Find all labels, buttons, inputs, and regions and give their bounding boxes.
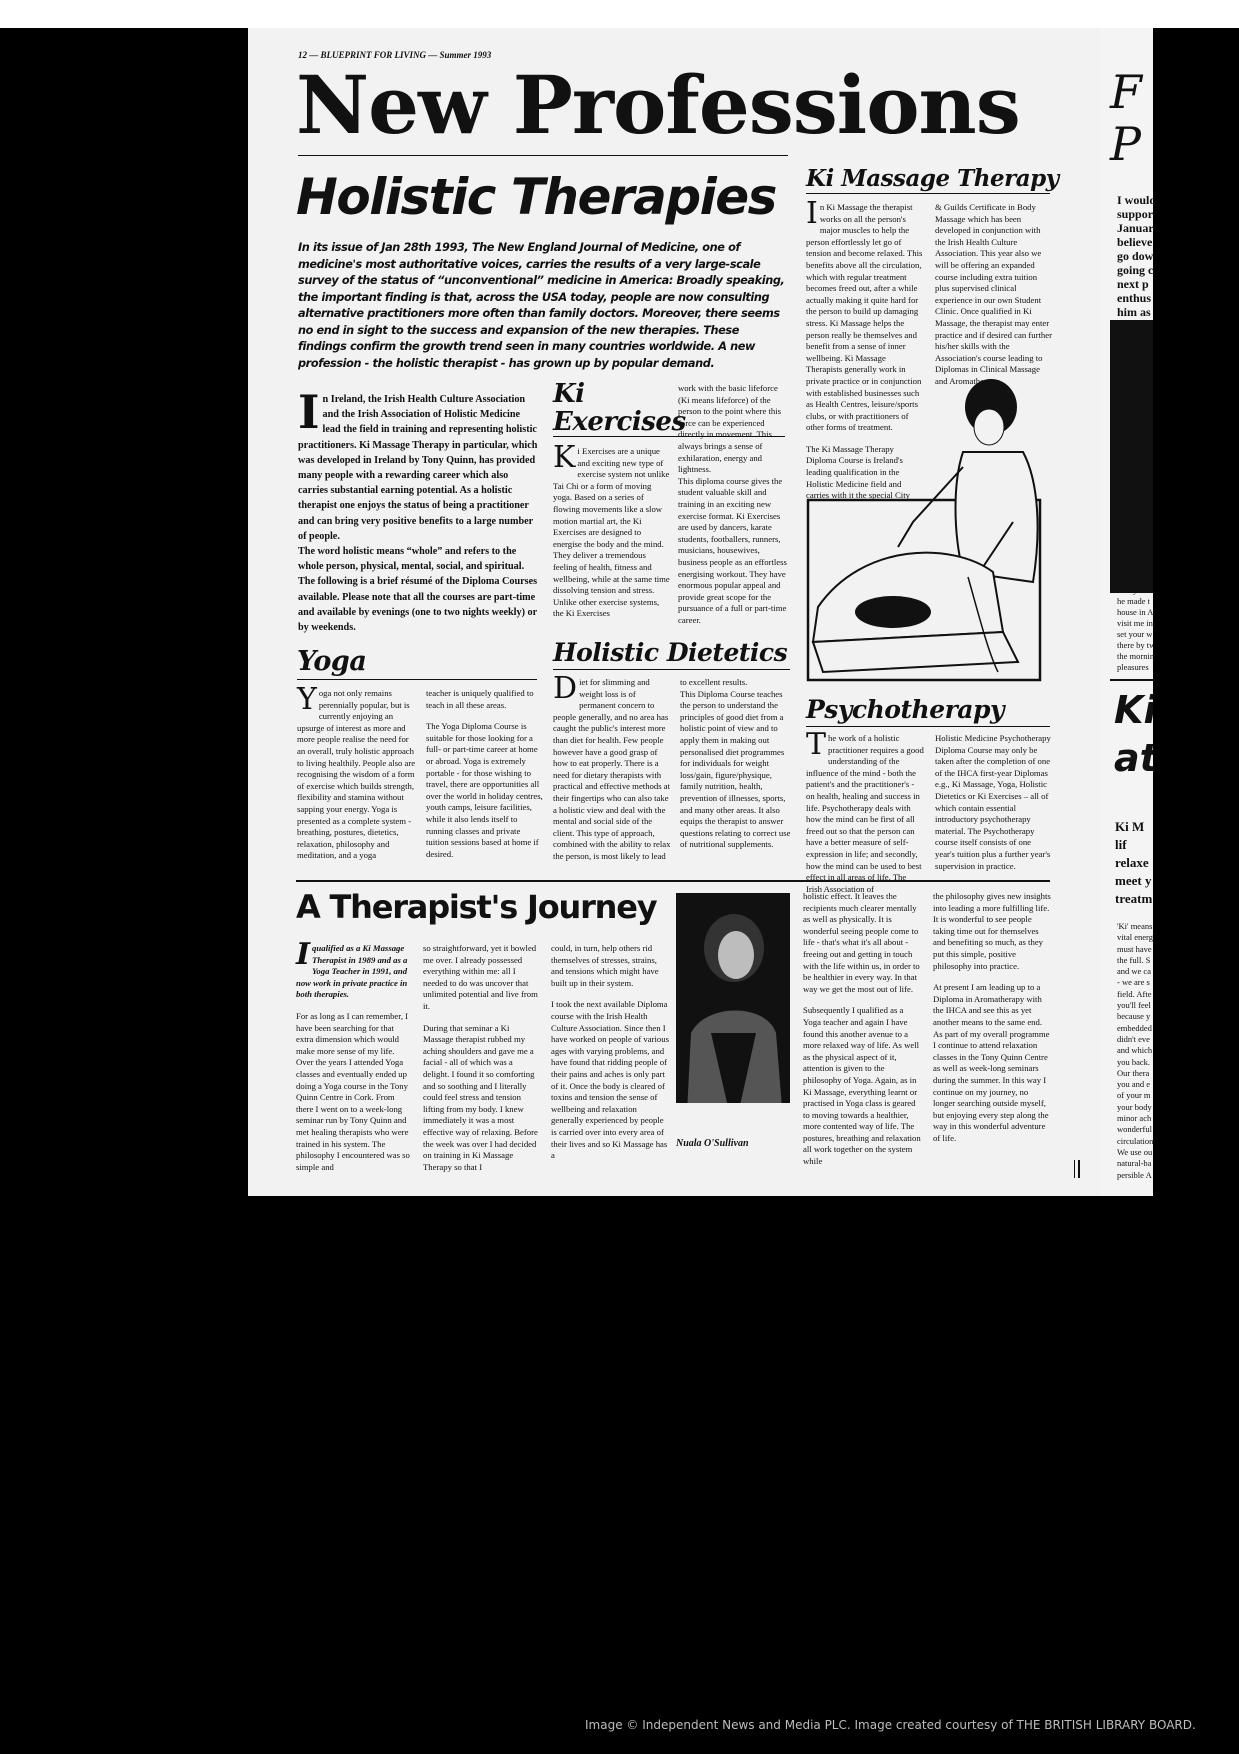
- ki-exercises-col-1: Ki Exercises are a unique and exciting n…: [553, 446, 671, 620]
- text-line-fragment: enthus: [1117, 291, 1153, 305]
- next-page-heading: F P: [1110, 66, 1142, 170]
- text-line-fragment: lif: [1115, 836, 1152, 854]
- journey-title: A Therapist's Journey: [296, 888, 656, 926]
- psychotherapy-col-2: Holistic Medicine Psychotherapy Diploma …: [935, 733, 1053, 872]
- dietetics-col-1: Diet for slimming and weight loss is of …: [553, 677, 671, 863]
- photo-caption: Nuala O'Sullivan: [676, 1138, 749, 1149]
- yoga-col-2: teacher is uniquely qualified to teach i…: [426, 688, 544, 860]
- next-page-lead: Ki Mlifrelaxemeet ytreatm: [1115, 818, 1152, 908]
- text-line-fragment: treatm: [1115, 890, 1152, 908]
- text-line-fragment: house in A: [1117, 607, 1153, 618]
- text-line-fragment: set your w: [1117, 629, 1153, 640]
- journey-col-5: the philosophy gives new insights into l…: [933, 891, 1051, 1144]
- paragraph: Subsequently I qualified as a Yoga teach…: [803, 1005, 921, 1167]
- column-mark: [1078, 1160, 1080, 1178]
- text-line-fragment: suppor: [1117, 207, 1153, 221]
- text-line-fragment: going c: [1117, 263, 1153, 277]
- text-line-fragment: believe: [1117, 235, 1153, 249]
- feature-intro: In its issue of Jan 28th 1993, The New E…: [298, 240, 786, 372]
- text-line-fragment: natural-ba: [1117, 1158, 1153, 1169]
- drop-cap: K: [553, 446, 575, 470]
- lead-paragraph: n Ireland, the Irish Health Culture Asso…: [298, 394, 537, 542]
- feature-title: Holistic Therapies: [296, 168, 776, 226]
- heading-fragment: F: [1110, 66, 1142, 118]
- text-line-fragment: the full. S: [1117, 955, 1153, 966]
- drop-cap: D: [553, 677, 577, 701]
- feature-lead: In Ireland, the Irish Health Culture Ass…: [298, 392, 538, 635]
- next-page-fragment: F P I wouldsupporJanuarbelievego dowgoin…: [1100, 28, 1153, 1196]
- text-line-fragment: meet y: [1115, 872, 1152, 890]
- text-line-fragment: the mornin: [1117, 651, 1153, 662]
- drop-cap: I: [298, 393, 320, 431]
- text-line-fragment: minor ach: [1117, 1113, 1153, 1124]
- heading-fragment: Ki: [1114, 686, 1153, 734]
- divider: [1110, 679, 1153, 681]
- text-line-fragment: go dow: [1117, 249, 1153, 263]
- drop-cap: Y: [297, 688, 317, 712]
- heading-fragment: P: [1110, 118, 1142, 170]
- text-line-fragment: wonderful: [1117, 1124, 1153, 1135]
- text-line-fragment: persible A: [1117, 1170, 1153, 1181]
- paragraph: I took the next available Diploma course…: [551, 999, 669, 1161]
- next-page-body: Every Thuhe made thouse in Avisit me ins…: [1117, 585, 1153, 673]
- section-heading-psychotherapy: Psychotherapy: [806, 694, 1050, 727]
- text-line-fragment: embedded: [1117, 1023, 1153, 1034]
- portrait-photo: [676, 893, 790, 1103]
- text-line-fragment: Every Thu: [1117, 585, 1153, 596]
- paragraph: teacher is uniquely qualified to teach i…: [426, 688, 544, 711]
- text-line-fragment: pleasures: [1117, 662, 1153, 673]
- text-line-fragment: he made t: [1117, 596, 1153, 607]
- paragraph: work with the basic lifeforce (Ki means …: [678, 383, 790, 476]
- text-line-fragment: Januar: [1117, 221, 1153, 235]
- text-line-fragment: because y: [1117, 1011, 1153, 1022]
- top-margin: [0, 0, 1239, 28]
- text-line-fragment: 'Ki' means: [1117, 921, 1153, 932]
- paragraph: Unlike other exercise systems, the Ki Ex…: [553, 597, 671, 620]
- text-line-fragment: you back.: [1117, 1057, 1153, 1068]
- next-page-body-2: 'Ki' meansvital energmust havethe full. …: [1117, 921, 1153, 1181]
- text-line-fragment: next p: [1117, 277, 1153, 291]
- text-line-fragment: - we are s: [1117, 977, 1153, 988]
- masthead: New Professions: [296, 60, 1020, 150]
- text-line-fragment: We use ou: [1117, 1147, 1153, 1158]
- therapist-illustration: [803, 372, 1046, 685]
- section-divider: [296, 880, 1050, 882]
- journey-col-1: I qualified as a Ki Massage Therapist in…: [296, 943, 411, 1173]
- image-credit: Image © Independent News and Media PLC. …: [585, 1718, 1196, 1732]
- text-line-fragment: and we ca: [1117, 966, 1153, 977]
- paragraph: The Yoga Diploma Course is suitable for …: [426, 721, 544, 860]
- text-line-fragment: you'll feel: [1117, 1000, 1153, 1011]
- section-heading-ki-massage: Ki Massage Therapy: [806, 164, 1050, 194]
- paragraph: could, in turn, help others rid themselv…: [551, 943, 669, 989]
- drop-cap: T: [806, 733, 826, 757]
- paragraph: During that seminar a Ki Massage therapi…: [423, 1023, 538, 1174]
- masthead-rule: [298, 155, 788, 156]
- section-heading-dietetics: Holistic Dietetics: [553, 637, 790, 670]
- paragraph: This diploma course gives the student va…: [678, 476, 790, 627]
- paragraph: so straightforward, yet it bowled me ove…: [423, 943, 538, 1013]
- paragraph: At present I am leading up to a Diploma …: [933, 982, 1051, 1144]
- heading-fragment: at: [1114, 734, 1153, 782]
- text-line-fragment: must have: [1117, 944, 1153, 955]
- journey-col-4: holistic effect. It leaves the recipient…: [803, 891, 921, 1168]
- ki-exercises-col-2: work with the basic lifeforce (Ki means …: [678, 383, 790, 626]
- journey-col-3: could, in turn, help others rid themselv…: [551, 943, 669, 1162]
- paragraph: This Diploma Course teaches the person t…: [680, 689, 795, 851]
- psychotherapy-col-1: The work of a holistic practitioner requ…: [806, 733, 924, 895]
- text-line-fragment: relaxe: [1115, 854, 1152, 872]
- text-line-fragment: Ki M: [1115, 818, 1152, 836]
- text-line-fragment: your body: [1117, 1102, 1153, 1113]
- journey-col-2: so straightforward, yet it bowled me ove…: [423, 943, 538, 1173]
- text-line-fragment: vital energ: [1117, 932, 1153, 943]
- column-mark: [1074, 1160, 1075, 1178]
- next-page-photo: [1110, 320, 1153, 593]
- text-line-fragment: circulation: [1117, 1136, 1153, 1147]
- dietetics-col-2: to excellent results. This Diploma Cours…: [680, 677, 795, 851]
- ki-massage-col-2: & Guilds Certificate in Body Massage whi…: [935, 202, 1053, 388]
- paragraph: holistic effect. It leaves the recipient…: [803, 891, 921, 995]
- text-line-fragment: there by tw: [1117, 640, 1153, 651]
- section-heading-yoga: Yoga: [297, 645, 537, 680]
- text-line-fragment: field. Afte: [1117, 989, 1153, 1000]
- text-line-fragment: you and e: [1117, 1079, 1153, 1090]
- text-line-fragment: I would: [1117, 193, 1153, 207]
- text-line-fragment: Our thera: [1117, 1068, 1153, 1079]
- drop-cap: I: [296, 943, 310, 967]
- next-page-intro: I wouldsupporJanuarbelievego dowgoing cn…: [1117, 193, 1153, 333]
- text-line-fragment: visit me in: [1117, 618, 1153, 629]
- paragraph: to excellent results.: [680, 677, 795, 689]
- lead-paragraph-2: The word holistic means “whole” and refe…: [298, 546, 537, 633]
- yoga-col-1: Yoga not only remains perennially popula…: [297, 688, 417, 862]
- paragraph: the philosophy gives new insights into l…: [933, 891, 1051, 972]
- text-line-fragment: and which: [1117, 1045, 1153, 1056]
- next-page-heading-2: Ki at: [1114, 686, 1153, 782]
- text-line-fragment: of your m: [1117, 1090, 1153, 1101]
- drop-cap: I: [806, 202, 818, 226]
- text-line-fragment: him as: [1117, 305, 1153, 319]
- photo-caption-fragment: Paddy circ: [1115, 572, 1146, 580]
- paragraph: For as long as I can remember, I have be…: [296, 1011, 411, 1173]
- text-line-fragment: didn't eve: [1117, 1034, 1153, 1045]
- standfirst: qualified as a Ki Massage Therapist in 1…: [296, 943, 407, 999]
